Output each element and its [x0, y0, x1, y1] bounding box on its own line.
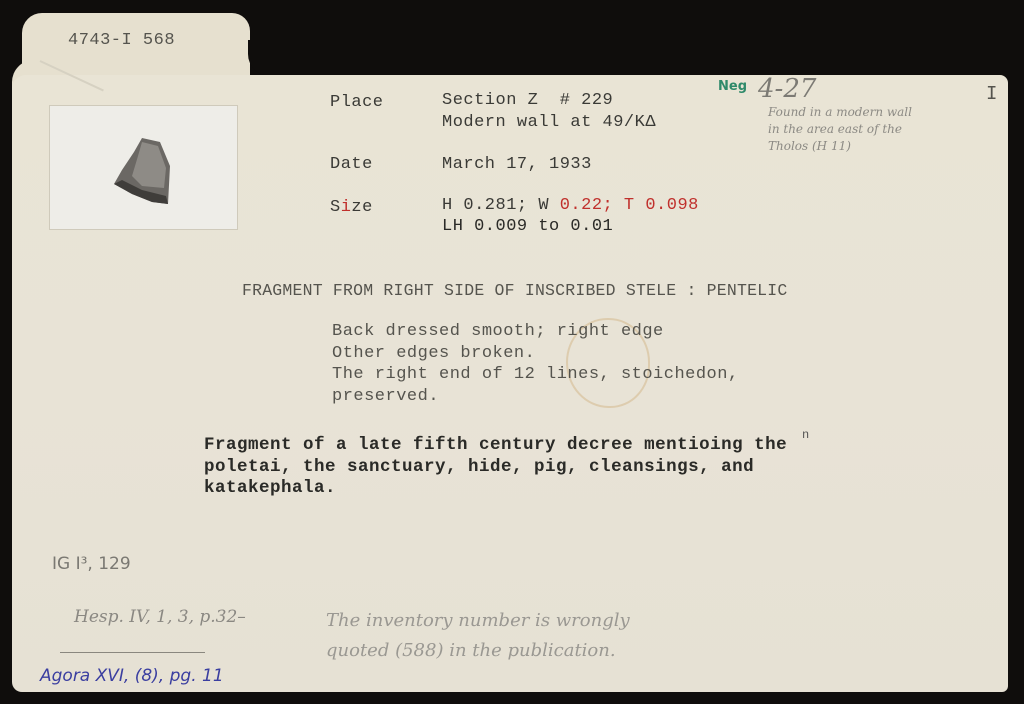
size-width: 0.22;	[560, 196, 614, 215]
insertion-mark: n	[802, 428, 809, 442]
handwritten-findspot-note: Found in a modern wallin the area east o…	[768, 104, 912, 155]
size-label-s: S	[330, 198, 341, 217]
note-line: Tholos (H 11)	[768, 138, 912, 155]
note-line: The inventory number is wrongly	[326, 606, 630, 636]
date-value: March 17, 1933	[442, 154, 592, 175]
note-line: quoted (588) in the publication.	[326, 636, 630, 666]
negative-number: 4-27	[758, 74, 816, 104]
size-label-i: i	[341, 198, 352, 217]
summary-line: poletai, the sanctuary, hide, pig, clean…	[204, 457, 787, 479]
ig-reference: IG I³, 129	[52, 554, 131, 574]
place-value-line1: Section Z # 229	[442, 90, 613, 111]
size-value-line1: H 0.281; W 0.22; T 0.098	[442, 195, 699, 216]
date-label: Date	[330, 154, 373, 175]
description: Back dressed smooth; right edgeOther edg…	[332, 321, 739, 407]
card-notch	[248, 40, 278, 76]
note-line: Found in a modern wall	[768, 104, 912, 121]
place-label: Place	[330, 92, 384, 113]
description-line: Other edges broken.	[332, 343, 739, 365]
summary-line: katakephala.	[204, 478, 787, 500]
inventory-number: 4743-I 568	[68, 30, 175, 51]
divider-line	[60, 652, 205, 653]
stone-fragment-icon	[112, 136, 170, 206]
hesperia-reference: Hesp. IV, 1, 3, p.32–	[74, 607, 246, 627]
size-label: Size	[330, 197, 373, 218]
note-line: in the area east of the	[768, 121, 912, 138]
summary: Fragment of a late fifth century decree …	[204, 435, 787, 500]
description-line: Back dressed smooth; right edge	[332, 321, 739, 343]
object-title: FRAGMENT FROM RIGHT SIDE OF INSCRIBED ST…	[242, 280, 788, 301]
size-label-ze: ze	[351, 198, 372, 217]
size-height: H 0.281; W	[442, 196, 560, 215]
summary-line: Fragment of a late fifth century decree …	[204, 435, 787, 457]
agora-reference: Agora XVI, (8), pg. 11	[40, 666, 224, 686]
place-value-line2: Modern wall at 49/KΔ	[442, 112, 656, 133]
roman-numeral: I	[986, 84, 998, 105]
neg-stamp: Neg	[718, 79, 747, 94]
handwritten-correction-note: The inventory number is wronglyquoted (5…	[326, 606, 630, 666]
description-line: The right end of 12 lines, stoichedon,	[332, 364, 739, 386]
size-value-line2: LH 0.009 to 0.01	[442, 216, 613, 237]
description-line: preserved.	[332, 386, 739, 408]
size-thickness: T 0.098	[613, 196, 699, 215]
fragment-photo	[49, 105, 238, 230]
